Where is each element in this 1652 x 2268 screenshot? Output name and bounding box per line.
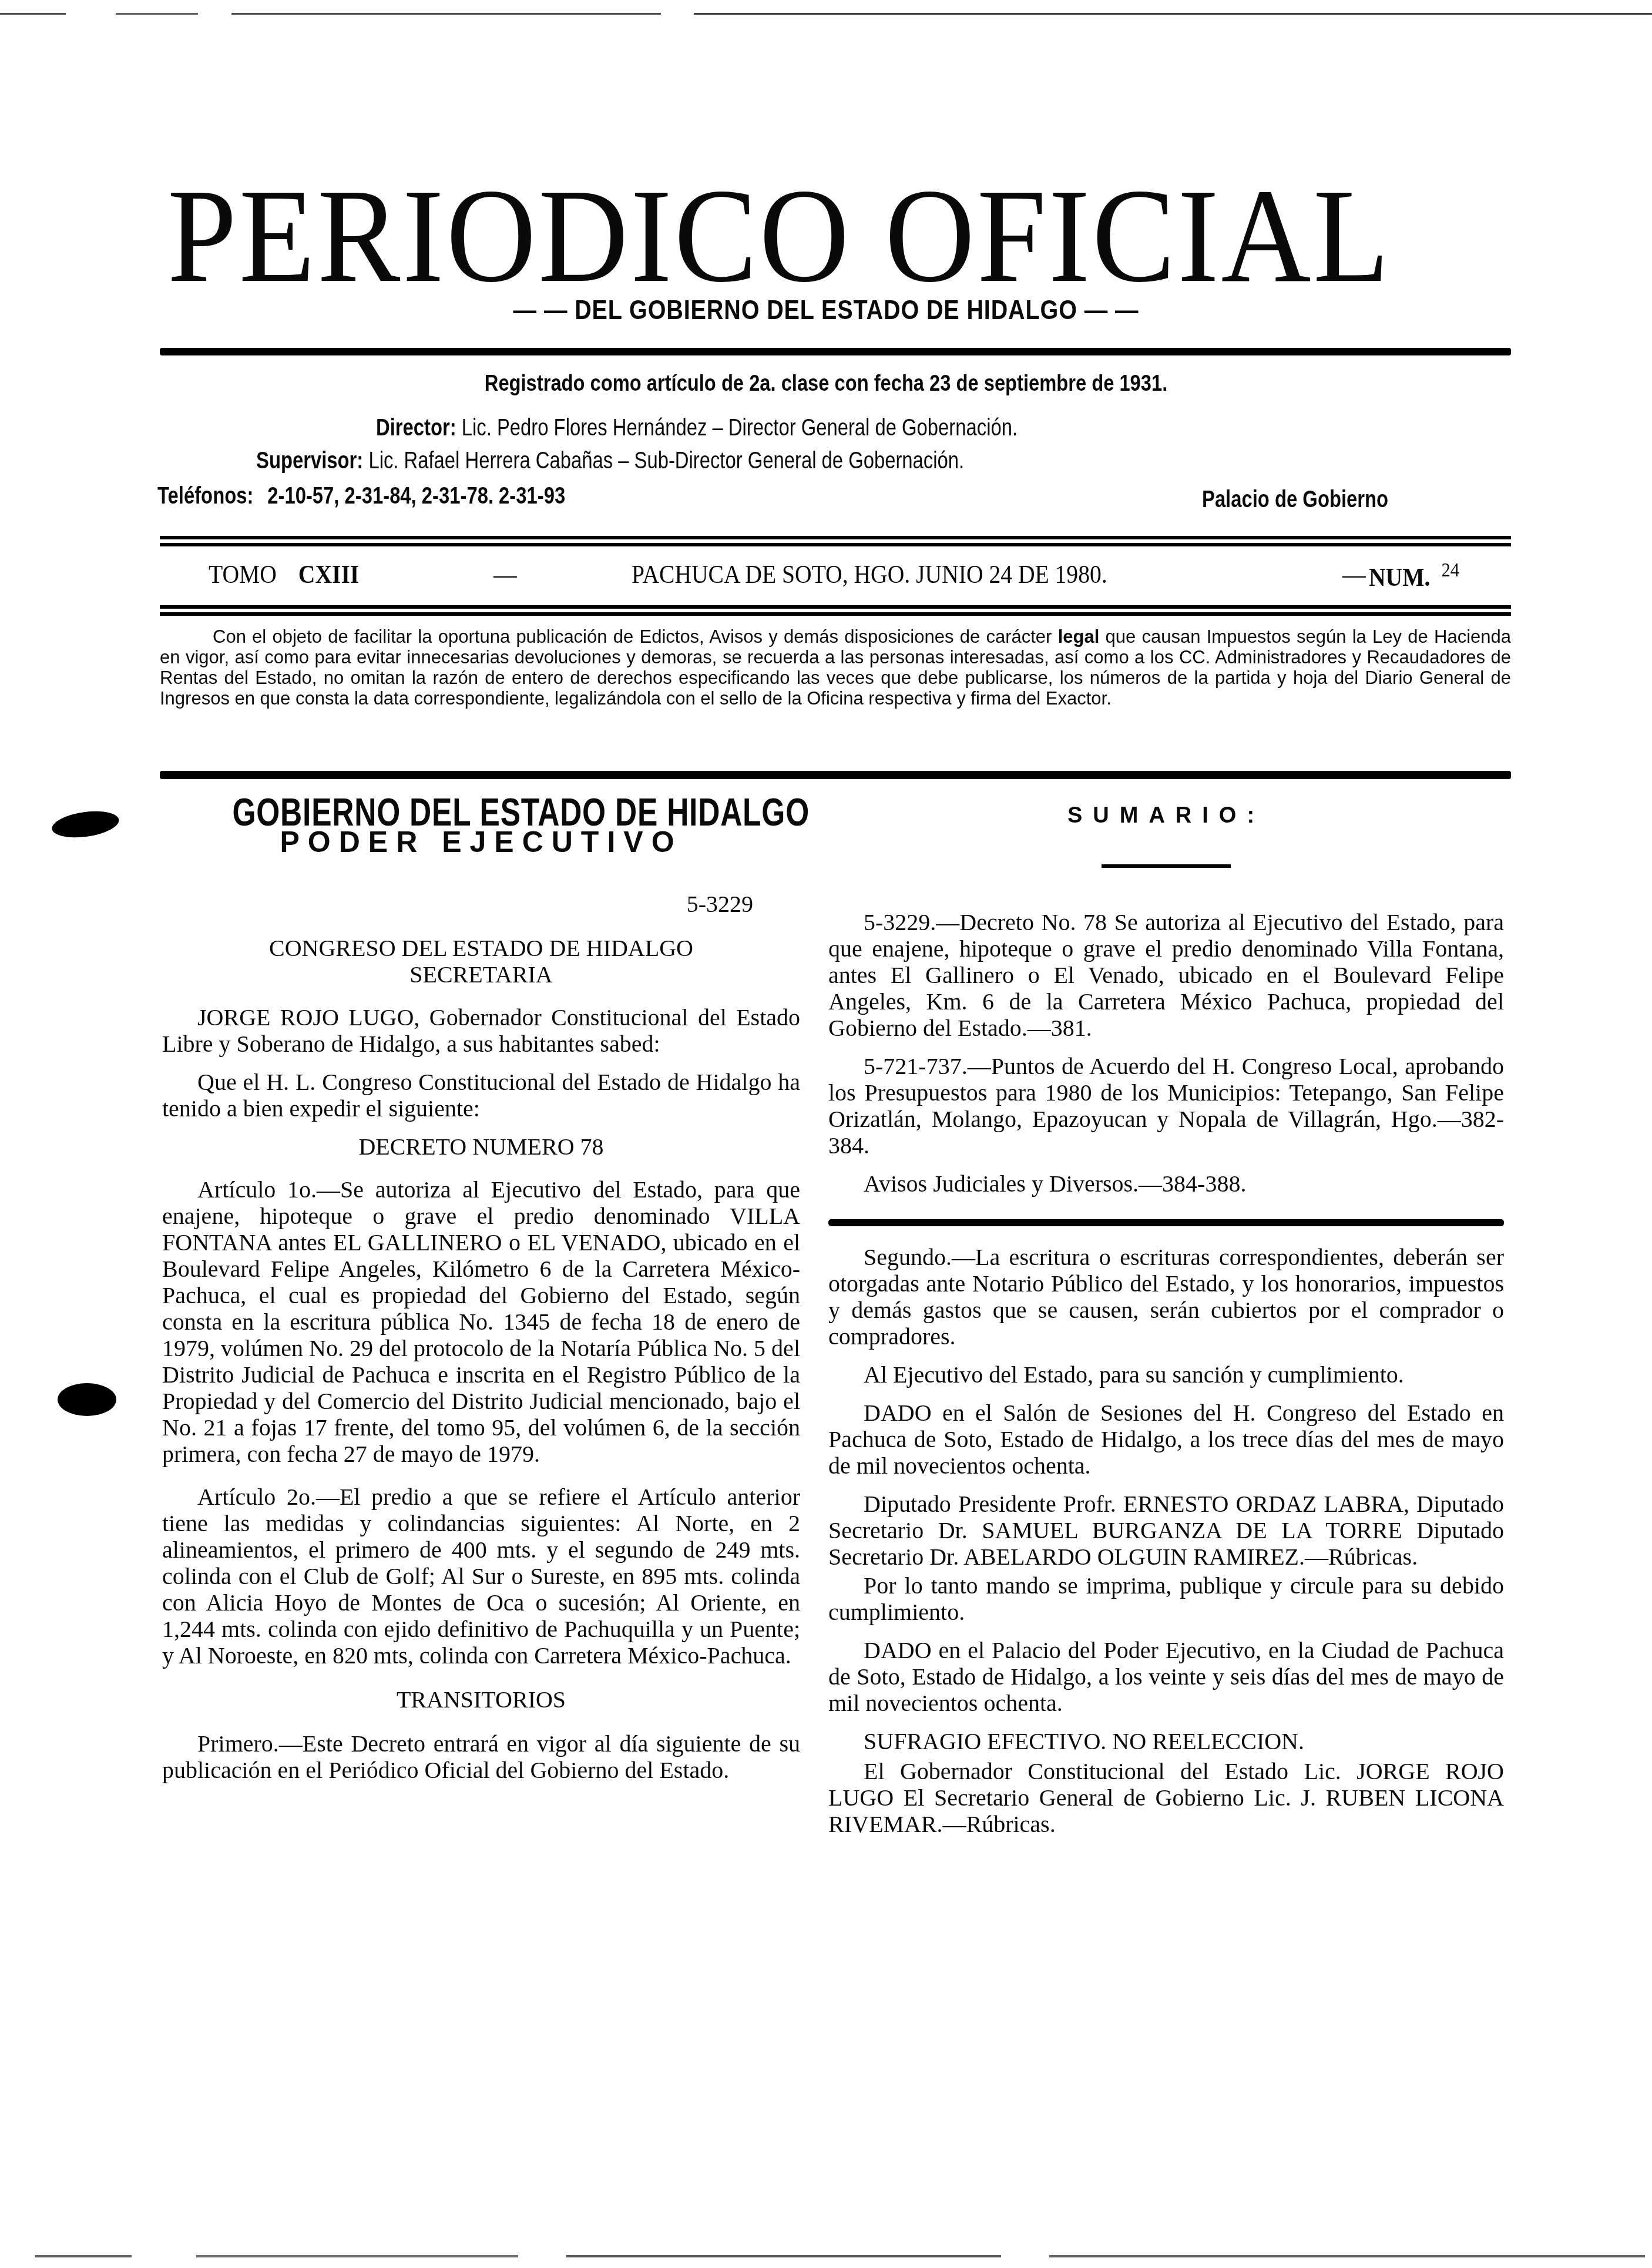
sumario-item-2: 5-721-737.—Puntos de Acuerdo del H. Cong… (828, 1053, 1504, 1159)
sumario-rule (828, 1219, 1504, 1226)
sumario-item-3: Avisos Judiciales y Diversos.—384-388. (828, 1170, 1504, 1197)
section-heading-gobierno: GOBIERNO DEL ESTADO DE HIDALGO (232, 799, 730, 826)
por-lo-tanto-paragraph: Por lo tanto mando se imprima, publique … (828, 1572, 1504, 1625)
phones-line: Teléfonos: 2-10-57, 2-31-84, 2-31-78. 2-… (157, 483, 565, 509)
issue-rule-bottom (160, 605, 1511, 616)
notice-text-legal: legal (1058, 626, 1100, 647)
director-line: Director: Lic. Pedro Flores Hernández – … (376, 415, 1018, 441)
issue-place-date: PACHUCA DE SOTO, HGO. JUNIO 24 DE 1980. (632, 559, 1107, 589)
sumario-item-1: 5-3229.—Decreto No. 78 Se autoriza al Ej… (828, 909, 1504, 1041)
notice-text-1: Con el objeto de facilitar la oportuna p… (213, 626, 1058, 647)
sufragio-motto: SUFRAGIO EFECTIVO. NO REELECCION. (828, 1728, 1504, 1754)
supervisor-line: Supervisor: Lic. Rafael Herrera Cabañas … (256, 448, 964, 474)
dado-palacio-paragraph: DADO en el Palacio del Poder Ejecutivo, … (828, 1637, 1504, 1716)
punch-hole-mark-bottom (58, 1383, 116, 1416)
sumario-underline (1102, 864, 1231, 868)
phones-value: 2-10-57, 2-31-84, 2-31-78. 2-31-93 (267, 483, 565, 509)
transitorio-segundo: Segundo.—La escritura o escrituras corre… (828, 1244, 1504, 1350)
transitorios-heading: TRANSITORIOS (162, 1686, 800, 1713)
congress-heading: CONGRESO DEL ESTADO DE HIDALGO (162, 935, 800, 961)
tomo-value: CXIII (298, 560, 359, 589)
scan-artifact-bottom-line (35, 2255, 1645, 2257)
notice-rule (160, 771, 1511, 779)
diputados-signatures: Diputado Presidente Profr. ERNESTO ORDAZ… (828, 1491, 1504, 1570)
issue-number: NUM. 24 (1369, 559, 1459, 592)
address-line: Palacio de Gobierno (1202, 487, 1388, 513)
phones-label: Teléfonos: (157, 483, 253, 509)
article-1: Artículo 1o.—Se autoriza al Ejecutivo de… (162, 1176, 800, 1467)
article-2: Artículo 2o.—El predio a que se refiere … (162, 1484, 800, 1669)
num-value: 24 (1441, 559, 1459, 581)
issue-dash-2: — (1342, 559, 1366, 589)
issue-dash-1: — (493, 559, 517, 589)
director-label: Director: (376, 415, 456, 441)
al-ejecutivo-paragraph: Al Ejecutivo del Estado, para su sanción… (828, 1361, 1504, 1388)
registration-line: Registrado como artículo de 2a. clase co… (116, 371, 1536, 397)
supervisor-value: Lic. Rafael Herrera Cabañas – Sub-Direct… (368, 448, 964, 474)
supervisor-label: Supervisor: (256, 448, 363, 474)
decree-title: DECRETO NUMERO 78 (162, 1133, 800, 1160)
director-value: Lic. Pedro Flores Hernández – Director G… (462, 415, 1018, 441)
tomo-label: TOMO (209, 560, 277, 589)
newspaper-title: PERIODICO OFICIAL (154, 169, 1405, 303)
congress-paragraph: Que el H. L. Congreso Constitucional del… (162, 1069, 800, 1122)
issue-rule-top (160, 536, 1511, 546)
secretaria-heading: SECRETARIA (162, 961, 800, 988)
dado-congreso-paragraph: DADO en el Salón de Sesiones del H. Cong… (828, 1400, 1504, 1479)
reference-number: 5-3229 (162, 891, 800, 917)
newspaper-subtitle: — — DEL GOBIERNO DEL ESTADO DE HIDALGO —… (116, 294, 1536, 326)
intro-paragraph: JORGE ROJO LUGO, Gobernador Constitucion… (162, 1004, 800, 1057)
punch-hole-mark-top (51, 807, 121, 841)
tax-notice: Con el objeto de facilitar la oportuna p… (160, 626, 1511, 709)
right-column: SUMARIO: 5-3229.—Decreto No. 78 Se autor… (828, 803, 1504, 1849)
sumario-title: SUMARIO: (828, 803, 1504, 829)
tomo: TOMO CXIII (209, 559, 359, 589)
scan-artifact-top-line (0, 13, 1652, 15)
masthead-rule (160, 348, 1511, 355)
left-column: GOBIERNO DEL ESTADO DE HIDALGO PODER EJE… (162, 799, 800, 1795)
num-label: NUM. (1369, 563, 1430, 592)
transitorio-primero: Primero.—Este Decreto entrará en vigor a… (162, 1730, 800, 1783)
governor-signatures: El Gobernador Constitucional del Estado … (828, 1758, 1504, 1837)
